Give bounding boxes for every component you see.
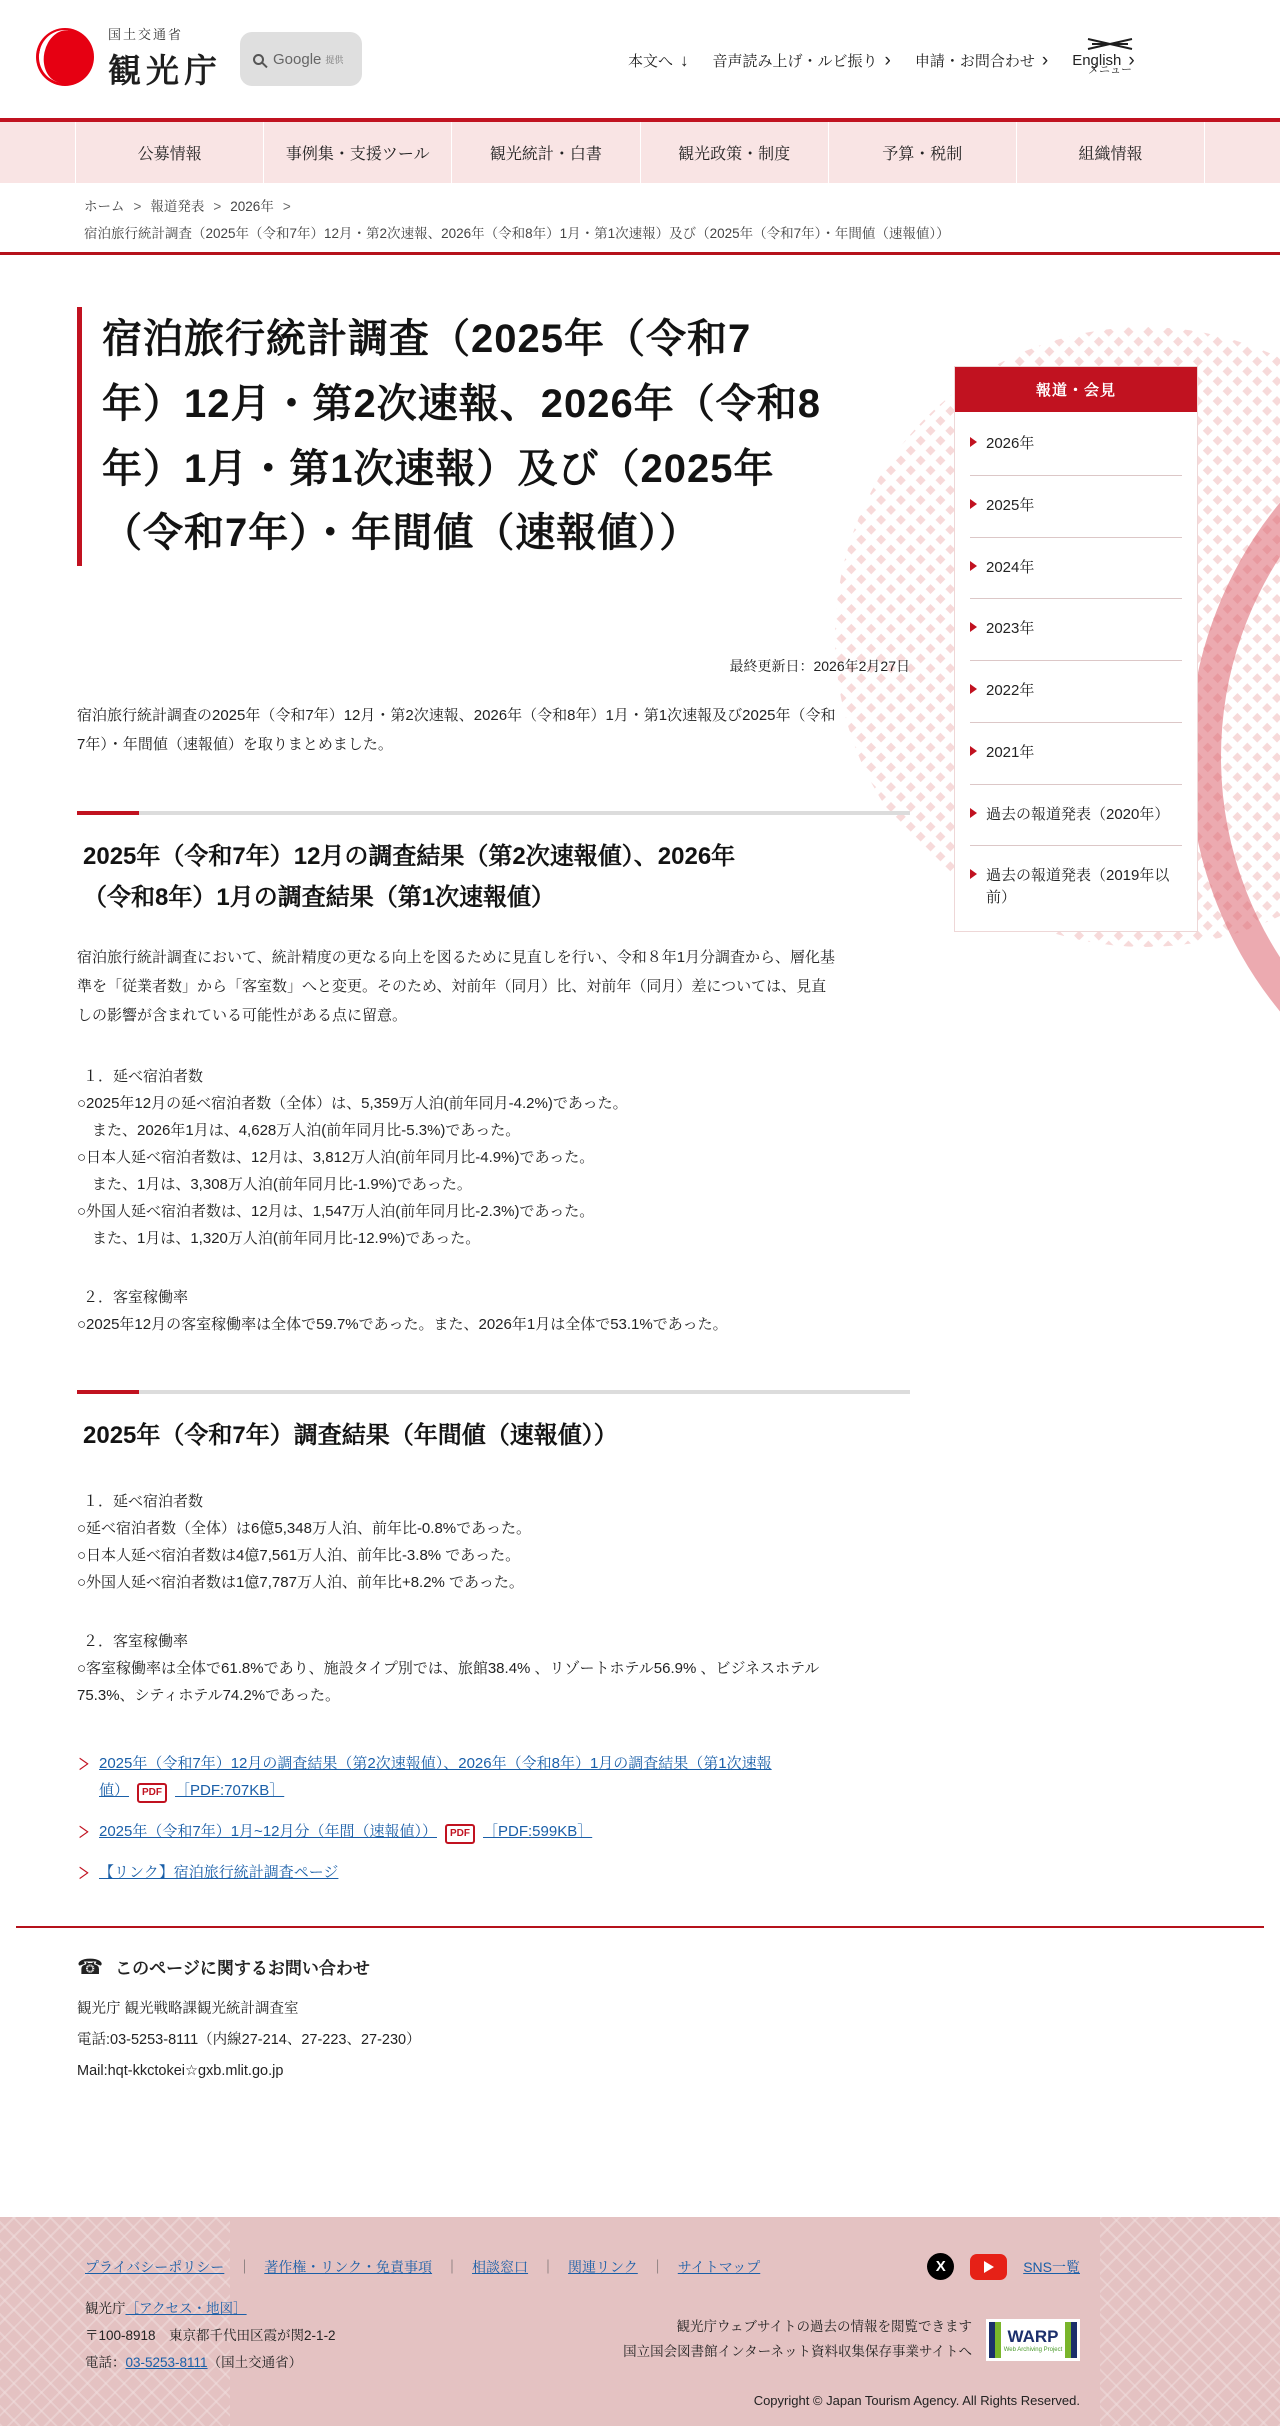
nav-item[interactable]: 公募情報 xyxy=(75,122,263,183)
footer-tel-link[interactable]: 03-5253-8111 xyxy=(126,2355,208,2370)
stat-line: また、2026年1月は、4,628万人泊(前年同月比-5.3%)であった。 xyxy=(77,1117,910,1144)
footer-link[interactable]: 著作権・リンク・免責事項 xyxy=(264,2257,432,2277)
stat-title: １．延べ宿泊者数 xyxy=(77,1063,910,1090)
site-search-input[interactable]: Google 提供 xyxy=(240,32,362,86)
monthly-guest-nights: １．延べ宿泊者数 ○2025年12月の延べ宿泊者数（全体）は、5,359万人泊(… xyxy=(77,1063,910,1252)
annual-guest-nights: １．延べ宿泊者数 ○延べ宿泊者数（全体）は6億5,348万人泊、前年比-0.8%… xyxy=(77,1488,910,1596)
copyright-text: Copyright © Japan Tourism Agency. All Ri… xyxy=(0,2381,1280,2408)
triangle-right-icon xyxy=(970,561,977,571)
down-arrow-icon: ↓ xyxy=(680,52,689,69)
breadcrumb: ホーム>報道発表>2026年> 宿泊旅行統計調査（2025年（令和7年）12月・… xyxy=(0,183,1280,252)
footer-agency-name: 観光庁 xyxy=(85,2301,126,2316)
primary-nav: 公募情報事例集・支援ツール観光統計・白書観光政策・制度予算・税制組織情報 xyxy=(0,118,1280,183)
search-icon xyxy=(253,54,264,65)
nav-item[interactable]: 観光統計・白書 xyxy=(451,122,639,183)
press-sidebar: 報道・会見 2026年 2025年 2024年 2023年 2022年 2021… xyxy=(954,366,1198,932)
chevron-right-icon: › xyxy=(885,51,891,70)
tts-ruby-link[interactable]: 音声読み上げ・ルビ振り › xyxy=(713,50,891,71)
nav-item[interactable]: 組織情報 xyxy=(1016,122,1205,183)
play-icon xyxy=(984,2261,994,2273)
utility-nav: 本文へ ↓ 音声読み上げ・ルビ振り › 申請・お問合わせ › English › xyxy=(628,50,1135,71)
section-annual-heading: 2025年（令和7年）調査結果（年間値（速報値）） xyxy=(83,1416,910,1457)
last-updated: 最終更新日：2026年2月27日 xyxy=(77,656,910,676)
breadcrumb-current: 宿泊旅行統計調査（2025年（令和7年）12月・第2次速報、2026年（令和8年… xyxy=(84,222,1240,242)
footer-tel-label: 電話： xyxy=(85,2355,126,2370)
pdf-size-link[interactable]: ［PDF:599KB］ xyxy=(483,1823,592,1840)
header-divider xyxy=(0,252,1280,255)
page-title: 宿泊旅行統計調査（2025年（令和7 年）12月・第2次速報、2026年（令和8… xyxy=(77,307,910,566)
search-placeholder-sub: 提供 xyxy=(325,53,343,66)
document-link[interactable]: 2025年（令和7年）1月~12月分（年間（速報値）） xyxy=(99,1823,437,1840)
youtube-icon[interactable] xyxy=(970,2254,1007,2280)
phone-icon: ☎ xyxy=(77,1955,103,1979)
stat-line: また、1月は、1,320万人泊(前年同月比-12.9%)であった。 xyxy=(77,1225,910,1252)
footer-link[interactable]: プライバシーポリシー xyxy=(85,2257,224,2277)
section-monthly-heading: 2025年（令和7年）12月の調査結果（第2次速報値）、2026年 （令和8年）… xyxy=(83,837,910,919)
sidebar-year-link[interactable]: 2025年 xyxy=(970,476,1182,538)
section-monthly-results: 2025年（令和7年）12月の調査結果（第2次速報値）、2026年 （令和8年）… xyxy=(77,811,910,1337)
triangle-right-icon xyxy=(970,437,977,447)
contact-mail: Mail:hqt-kkctokei☆gxb.mlit.go.jp xyxy=(77,2061,910,2083)
sidebar-year-link[interactable]: 2022年 xyxy=(970,661,1182,723)
menu-icon xyxy=(1086,36,1134,53)
breadcrumb-separator: > xyxy=(134,199,142,214)
chevron-right-icon: ＞ xyxy=(78,1751,89,1778)
pdf-icon: PDF xyxy=(445,1824,475,1844)
breadcrumb-separator: > xyxy=(283,199,291,214)
document-link-row: ＞2025年（令和7年）12月の調査結果（第2次速報値）、2026年（令和8年）… xyxy=(77,1751,910,1804)
press-sidebar-title: 報道・会見 xyxy=(955,367,1197,412)
breadcrumb-separator: > xyxy=(213,199,221,214)
pdf-icon: PDF xyxy=(137,1783,167,1803)
breadcrumb-year-link[interactable]: 2026年 xyxy=(230,199,274,214)
breadcrumb-press-link[interactable]: 報道発表 xyxy=(150,199,204,214)
document-link[interactable]: 【リンク】宿泊旅行統計調査ページ xyxy=(99,1864,338,1881)
nav-item[interactable]: 事例集・支援ツール xyxy=(263,122,451,183)
contact-phone: 電話:03-5253-8111（内線27-214、27-223、27-230） xyxy=(77,2030,910,2052)
stat-line: ○客室稼働率は全体で61.8%であり、施設タイプ別では、旅館38.4% 、リゾー… xyxy=(77,1655,910,1709)
agency-logo[interactable]: 国土交通省 観光庁 xyxy=(36,20,222,92)
contact-divider xyxy=(16,1926,1264,1928)
ministry-name: 国土交通省 xyxy=(108,24,222,43)
chevron-right-icon: ＞ xyxy=(78,1819,89,1846)
site-footer: プライバシーポリシー著作権・リンク・免責事項相談窓口関連リンクサイトマップ X … xyxy=(0,2217,1280,2426)
stat-line: また、1月は、3,308万人泊(前年同月比-1.9%)であった。 xyxy=(77,1171,910,1198)
skip-to-content-link[interactable]: 本文へ ↓ xyxy=(628,50,689,71)
x-twitter-icon[interactable]: X xyxy=(927,2253,954,2280)
chevron-right-icon: › xyxy=(1042,51,1048,70)
footer-postal-address: 〒100-8918 東京都千代田区霞が関2-1-2 xyxy=(85,2327,336,2346)
section-rule xyxy=(77,1390,910,1394)
agency-name: 観光庁 xyxy=(108,45,222,92)
site-header: 国土交通省 観光庁 Google 提供 本文へ ↓ 音声読み上げ・ルビ振り › … xyxy=(0,0,1280,118)
footer-link[interactable]: サイトマップ xyxy=(678,2257,760,2277)
monthly-occupancy: ２．客室稼働率 ○2025年12月の客室稼働率は全体で59.7%であった。また、… xyxy=(77,1284,910,1338)
stat-title: ２．客室稼働率 xyxy=(77,1284,910,1311)
stat-line: ○延べ宿泊者数（全体）は6億5,348万人泊、前年比-0.8%であった。 xyxy=(77,1515,910,1542)
nav-item[interactable]: 観光政策・制度 xyxy=(640,122,828,183)
stat-line: ○2025年12月の客室稼働率は全体で59.7%であった。また、2026年1月は… xyxy=(77,1311,910,1338)
stat-line: ○日本人延べ宿泊者数は、12月は、3,812万人泊(前年同月比-4.9%)であっ… xyxy=(77,1144,910,1171)
footer-address-block: 観光庁［アクセス・地図］ 〒100-8918 東京都千代田区霞が関2-1-2 電… xyxy=(85,2300,336,2381)
section-rule xyxy=(77,811,910,815)
triangle-right-icon xyxy=(970,499,977,509)
annual-occupancy: ２．客室稼働率 ○客室稼働率は全体で61.8%であり、施設タイプ別では、旅館38… xyxy=(77,1628,910,1709)
stat-title: ２．客室稼働率 xyxy=(77,1628,910,1655)
intro-paragraph: 宿泊旅行統計調査の2025年（令和7年）12月・第2次速報、2026年（令和8年… xyxy=(77,702,910,759)
search-placeholder: Google xyxy=(273,51,321,68)
document-link-row: ＞【リンク】宿泊旅行統計調査ページPDF xyxy=(77,1860,910,1886)
contact-heading: このページに関するお問い合わせ xyxy=(115,1954,370,1979)
stat-line: ○外国人延べ宿泊者数は1億7,787万人泊、前年比+8.2% であった。 xyxy=(77,1569,910,1596)
footer-link[interactable]: 関連リンク xyxy=(568,2257,638,2277)
agency-logo-icon xyxy=(36,28,94,86)
sidebar-year-link[interactable]: 2026年 xyxy=(970,414,1182,476)
triangle-right-icon xyxy=(970,808,977,818)
sidebar-year-link[interactable]: 2021年 xyxy=(970,723,1182,785)
warp-subtitle: Web Archiving Project xyxy=(1004,2347,1063,2353)
methodology-note: 宿泊旅行統計調査において、統計精度の更なる向上を図るために見直しを行い、令和８年… xyxy=(77,943,910,1031)
pdf-size-link[interactable]: ［PDF:707KB］ xyxy=(175,1782,284,1799)
contact-department: 観光庁 観光戦略課観光統計調査室 xyxy=(77,1999,910,2021)
triangle-right-icon xyxy=(970,684,977,694)
section-annual-results: 2025年（令和7年）調査結果（年間値（速報値）） １．延べ宿泊者数 ○延べ宿泊… xyxy=(77,1390,910,1710)
contact-block: ☎ このページに関するお問い合わせ 観光庁 観光戦略課観光統計調査室 電話:03… xyxy=(77,1954,910,2082)
sidebar-year-link[interactable]: 2024年 xyxy=(970,538,1182,600)
stat-title: １．延べ宿泊者数 xyxy=(77,1488,910,1515)
nav-item[interactable]: 予算・税制 xyxy=(828,122,1016,183)
triangle-right-icon xyxy=(970,746,977,756)
sidebar-year-link[interactable]: 過去の報道発表（2019年以前） xyxy=(970,846,1182,929)
footer-link[interactable]: 相談窓口 xyxy=(472,2257,528,2277)
warp-description: 観光庁ウェブサイトの過去の情報を閲覧できます 国立国会図書館インターネット資料収… xyxy=(623,2315,972,2365)
sidebar-year-link[interactable]: 過去の報道発表（2020年） xyxy=(970,785,1182,847)
stat-line: ○日本人延べ宿泊者数は4億7,561万人泊、前年比-3.8% であった。 xyxy=(77,1542,910,1569)
stat-line: ○2025年12月の延べ宿泊者数（全体）は、5,359万人泊(前年同月-4.2%… xyxy=(77,1090,910,1117)
footer-tel-suffix: （国土交通省） xyxy=(208,2355,303,2370)
menu-button-label: メニュー xyxy=(1082,61,1138,77)
triangle-right-icon xyxy=(970,622,977,632)
chevron-right-icon: ＞ xyxy=(78,1860,89,1887)
sns-list-link[interactable]: SNS一覧 xyxy=(1023,2257,1080,2277)
document-link-row: ＞2025年（令和7年）1月~12月分（年間（速報値））PDF［PDF:599K… xyxy=(77,1819,910,1845)
breadcrumb-home-link[interactable]: ホーム xyxy=(84,199,125,214)
sidebar-year-link[interactable]: 2023年 xyxy=(970,599,1182,661)
menu-button[interactable]: メニュー xyxy=(1082,36,1138,77)
warp-logo[interactable]: WARP Web Archiving Project xyxy=(986,2319,1080,2361)
main-content: 宿泊旅行統計調査（2025年（令和7 年）12月・第2次速報、2026年（令和8… xyxy=(0,307,1280,2083)
warp-brand: WARP xyxy=(1008,2328,1059,2345)
access-map-link[interactable]: ［アクセス・地図］ xyxy=(126,2301,247,2316)
application-contact-link[interactable]: 申請・お問合わせ › xyxy=(915,50,1048,71)
stat-line: ○外国人延べ宿泊者数は、12月は、1,547万人泊(前年同月比-2.3%)であっ… xyxy=(77,1198,910,1225)
triangle-right-icon xyxy=(970,869,977,879)
